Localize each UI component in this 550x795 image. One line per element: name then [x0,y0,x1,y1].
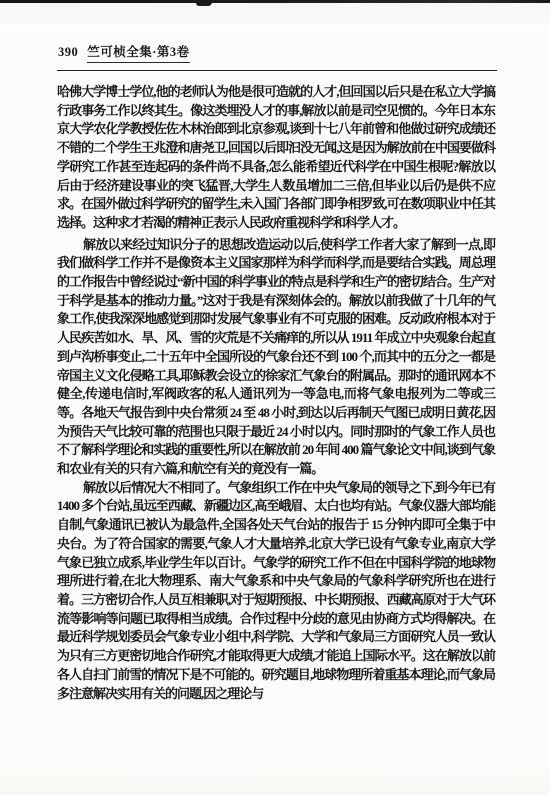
book-title: 竺可桢全集·第3卷 [87,42,189,63]
scan-artifact [196,0,212,6]
scan-edge-top [0,0,550,3]
page-number: 390 [58,45,78,60]
header-rule [57,70,497,71]
paragraph-continuation: 哈佛大学博士学位,他的老师认为他是很可造就的人才,但回国以后只是在私立大学搞行政… [57,83,495,233]
running-head: 390竺可桢全集·第3卷 [58,42,494,63]
scanned-book-page: 390竺可桢全集·第3卷 哈佛大学博士学位,他的老师认为他是很可造就的人才,但回… [0,0,550,795]
paragraph-after-liberation: 解放以后情况大不相同了。气象组织工作在中央气象局的领导之下,到今年已有 1400… [57,479,495,703]
paragraph-thought-reform: 解放以来经过知识分子的思想改造运动以后,使科学工作者大家了解到一点,即我们做科学… [57,236,495,479]
body-text: 哈佛大学博士学位,他的老师认为他是很可造就的人才,但回国以后只是在私立大学搞行政… [57,83,495,703]
